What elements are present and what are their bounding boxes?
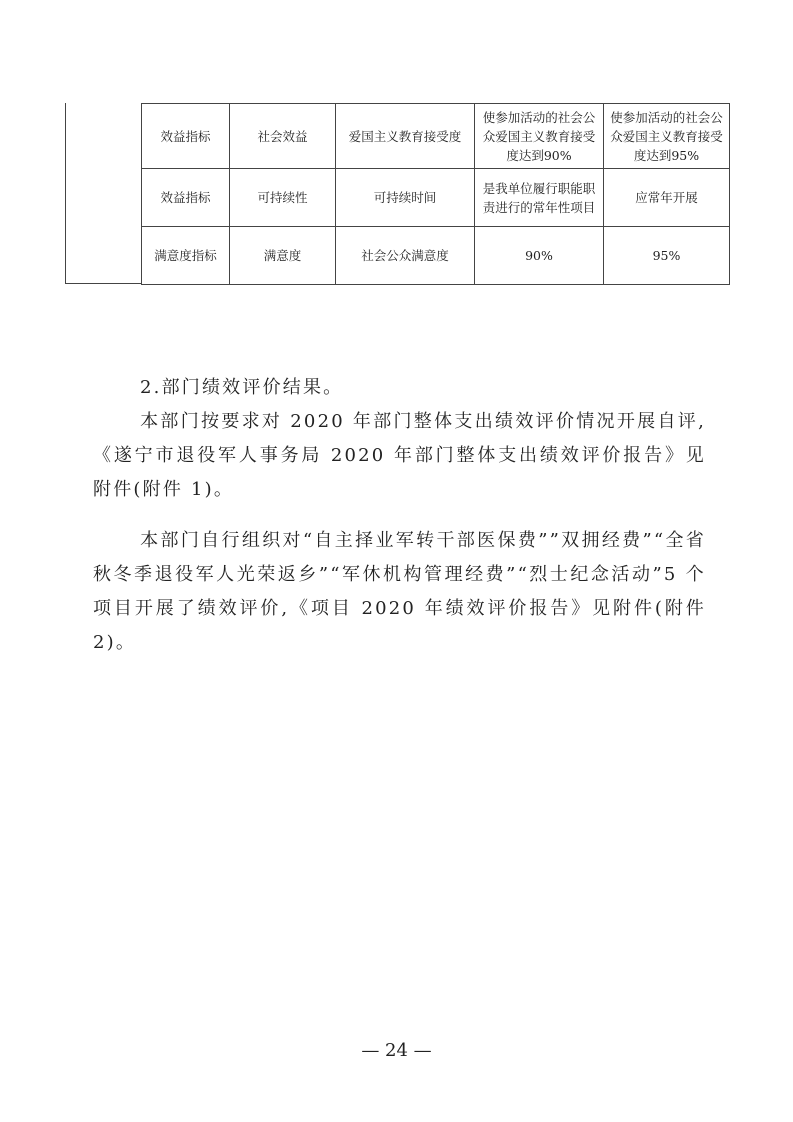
indicator-type-cell: 效益指标 xyxy=(142,104,230,169)
sub-indicator-cell: 可持续性 xyxy=(230,169,336,227)
actual-value-cell: 使参加活动的社会公众爱国主义教育接受度达到90% xyxy=(475,104,604,169)
actual-value-cell: 90% xyxy=(475,227,604,285)
target-value-cell: 95% xyxy=(604,227,730,285)
paragraph-text: 本部门自行组织对“自主择业军转干部医保费””双拥经费”“全省秋冬季退役军人光荣返… xyxy=(93,530,706,653)
sub-indicator-cell: 满意度 xyxy=(230,227,336,285)
metric-cell: 可持续时间 xyxy=(336,169,475,227)
section-heading: 2.部门绩效评价结果。 xyxy=(93,371,706,405)
page-number: — 24 — xyxy=(0,1040,793,1061)
target-value-cell: 使参加活动的社会公众爱国主义教育接受度达到95% xyxy=(604,104,730,169)
section-heading-text: 2.部门绩效评价结果。 xyxy=(140,377,343,398)
paragraph: 本部门自行组织对“自主择业军转干部医保费””双拥经费”“全省秋冬季退役军人光荣返… xyxy=(93,524,706,660)
target-value-cell: 应常年开展 xyxy=(604,169,730,227)
performance-indicator-table: 效益指标 社会效益 爱国主义教育接受度 使参加活动的社会公众爱国主义教育接受度达… xyxy=(141,103,730,285)
table-row: 效益指标 社会效益 爱国主义教育接受度 使参加活动的社会公众爱国主义教育接受度达… xyxy=(142,104,730,169)
actual-value-cell: 是我单位履行职能职责进行的常年性项目 xyxy=(475,169,604,227)
metric-cell: 社会公众满意度 xyxy=(336,227,475,285)
metric-cell: 爱国主义教育接受度 xyxy=(336,104,475,169)
paragraph-text: 本部门按要求对 2020 年部门整体支出绩效评价情况开展自评,《遂宁市退役军人事… xyxy=(93,411,706,500)
table-row: 满意度指标 满意度 社会公众满意度 90% 95% xyxy=(142,227,730,285)
sub-indicator-cell: 社会效益 xyxy=(230,104,336,169)
table-row: 效益指标 可持续性 可持续时间 是我单位履行职能职责进行的常年性项目 应常年开展 xyxy=(142,169,730,227)
table-merged-left-column xyxy=(65,103,141,284)
indicator-type-cell: 满意度指标 xyxy=(142,227,230,285)
paragraph: 本部门按要求对 2020 年部门整体支出绩效评价情况开展自评,《遂宁市退役军人事… xyxy=(93,405,706,507)
indicator-type-cell: 效益指标 xyxy=(142,169,230,227)
